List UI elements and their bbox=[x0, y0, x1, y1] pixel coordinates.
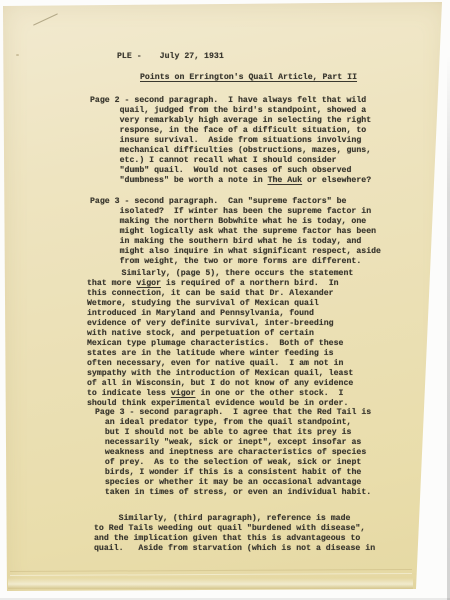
header-date: July 27, 1931 bbox=[160, 52, 224, 61]
text-line: quail. Aside from starvation (which is n… bbox=[94, 544, 450, 554]
text-line: this connection, it can be said that Dr.… bbox=[87, 289, 450, 299]
text-line: Similarly, (page 5), there occurs the st… bbox=[87, 269, 450, 279]
paragraph-page3-supreme-factors: Page 3 - second paragraph. Can "supreme … bbox=[90, 197, 450, 267]
text-line: very remarkably high average in selectin… bbox=[90, 116, 450, 126]
text-line: insure survival. Aside from situations i… bbox=[90, 136, 450, 146]
text-line: in making the southern bird what he is t… bbox=[90, 237, 450, 247]
text-line: "dumb" quail. Would not cases of such ob… bbox=[90, 166, 450, 176]
text-line: birds, I wonder if this is a consistent … bbox=[95, 468, 450, 478]
text-line: Similarly, (third paragraph), reference … bbox=[94, 514, 450, 524]
text-line: to Red Tails weeding out quail "burdened… bbox=[94, 524, 450, 534]
text-line: might also inquire in what significant r… bbox=[90, 247, 450, 257]
text-line: and the implication given that this is a… bbox=[94, 534, 450, 544]
text-line bbox=[95, 498, 450, 508]
paragraph-page2-second: Page 2 - second paragraph. I have always… bbox=[90, 96, 450, 186]
underlined-text: vigor bbox=[171, 389, 196, 398]
text-line: from weight, the two or more forms are d… bbox=[90, 257, 450, 267]
text-line: an ideal predator type, from the quail s… bbox=[95, 418, 450, 428]
text-line: mechanical difficulties (obstructions, m… bbox=[90, 146, 450, 156]
text-line: states are in the latitude where winter … bbox=[87, 349, 450, 359]
underlined-text: vigor bbox=[136, 279, 161, 288]
text-line: quail, judged from the bird's standpoint… bbox=[90, 106, 450, 116]
text-line: to indicate less vigor in one or the oth… bbox=[87, 389, 450, 399]
paragraph-similarly-third: Similarly, (third paragraph), reference … bbox=[94, 514, 450, 554]
text-line: with native stock, and perpetuation of c… bbox=[87, 329, 450, 339]
text-line: etc.) I cannot recall what I should cons… bbox=[90, 156, 450, 166]
paragraph-page3-red-tail: Page 3 - second paragraph. I agree that … bbox=[95, 408, 450, 508]
header-initials: PLE - bbox=[117, 52, 142, 61]
document-header: PLE -July 27, 1931 bbox=[117, 52, 224, 62]
text-line: often necessary, even for native quail. … bbox=[87, 359, 450, 369]
text-line: "dumbness" be worth a note in The Auk or… bbox=[90, 176, 450, 186]
text-line: isolated? If winter has been the supreme… bbox=[90, 207, 450, 217]
text-line: taken in times of stress, or even an ind… bbox=[95, 488, 450, 498]
text-line: of prey. As to the selection of weak, si… bbox=[95, 458, 450, 468]
text-line: Page 3 - second paragraph. I agree that … bbox=[95, 408, 450, 418]
text-line: but I should not be able to agree that i… bbox=[95, 428, 450, 438]
text-line: might logically ask what the supreme fac… bbox=[90, 227, 450, 237]
text-line: evidence of very definite survival, inte… bbox=[87, 319, 450, 329]
text-line: of all in Wisconsin, but I do not know o… bbox=[87, 379, 450, 389]
scan-background: PLE -July 27, 1931 Points on Errington's… bbox=[0, 0, 450, 600]
text-line: species or whether it may be an occasion… bbox=[95, 478, 450, 488]
text-line: that more vigor is required of a norther… bbox=[87, 279, 450, 289]
text-line: introduced in Maryland and Pennsylvania,… bbox=[87, 309, 450, 319]
document-body: Page 2 - second paragraph. I have always… bbox=[0, 96, 450, 554]
paragraph-similarly-page5: Similarly, (page 5), there occurs the st… bbox=[87, 269, 450, 409]
text-line: necessarily "weak, sick or inept", excep… bbox=[95, 438, 450, 448]
text-line: sympathy with the introduction of Mexica… bbox=[87, 369, 450, 379]
text-line: Page 2 - second paragraph. I have always… bbox=[90, 96, 450, 106]
text-line: Mexican type plumage characteristics. Bo… bbox=[87, 339, 450, 349]
text-line: Page 3 - second paragraph. Can "supreme … bbox=[90, 197, 450, 207]
text-line: response, in the face of a difficult sit… bbox=[90, 126, 450, 136]
document-title: Points on Errington's Quail Article, Par… bbox=[140, 73, 357, 83]
underlined-text: The Auk bbox=[268, 176, 303, 185]
text-line: weakness and ineptness are characteristi… bbox=[95, 448, 450, 458]
paper-sheet: PLE -July 27, 1931 Points on Errington's… bbox=[0, 0, 450, 600]
text-line: Wetmore, studying the survival of Mexica… bbox=[87, 299, 450, 309]
text-line: making the northern Bobwhite what he is … bbox=[90, 217, 450, 227]
typed-text-layer: PLE -July 27, 1931 Points on Errington's… bbox=[0, 0, 450, 600]
